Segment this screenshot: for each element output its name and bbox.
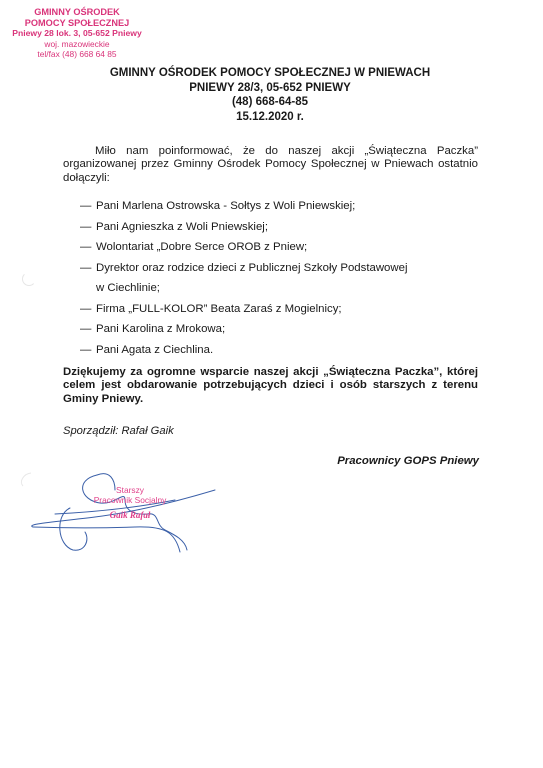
header-organization: GMINNY OŚRODEK POMOCY SPOŁECZNEJ W PNIEW…: [60, 66, 480, 81]
letter-header: GMINNY OŚRODEK POMOCY SPOŁECZNEJ W PNIEW…: [60, 66, 480, 124]
dash-bullet: —: [80, 196, 96, 217]
list-item: —Pani Marlena Ostrowska - Sołtys z Woli …: [80, 196, 407, 217]
header-phone: (48) 668-64-85: [60, 95, 480, 110]
intro-paragraph: Miło nam poinformować, że do naszej akcj…: [63, 145, 478, 185]
stamp-line-name-2: POMOCY SPOŁECZNEJ: [2, 18, 152, 29]
list-item: —Pani Karolina z Mrokowa;: [80, 319, 407, 340]
list-item: —Wolontariat „Dobre Serce OROB z Pniew;: [80, 237, 407, 258]
list-item: —Pani Agata z Ciechlina.: [80, 340, 407, 361]
list-item: —Pani Agnieszka z Woli Pniewskiej;: [80, 217, 407, 238]
stamp-line-region: woj. mazowieckie: [2, 39, 152, 50]
sig-stamp-role: Pracownik Socjalny: [75, 495, 185, 505]
list-item-continuation: w Ciechlinie;: [80, 278, 407, 299]
header-date: 15.12.2020 r.: [60, 110, 480, 125]
dash-bullet: —: [80, 258, 96, 279]
scan-artifact: [22, 272, 36, 286]
stamp-line-phone: tel/fax (48) 668 64 85: [2, 49, 152, 60]
signature-stamp: Starszy Pracownik Socjalny Gaik Rafał: [75, 485, 185, 520]
prepared-by: Sporządził: Rafał Gaik: [63, 425, 174, 437]
dash-bullet: —: [80, 299, 96, 320]
dash-bullet: —: [80, 340, 96, 361]
participants-list: —Pani Marlena Ostrowska - Sołtys z Woli …: [80, 196, 407, 360]
list-item: —Firma „FULL-KOLOR” Beata Zaraś z Mogiel…: [80, 299, 407, 320]
dash-bullet: —: [80, 217, 96, 238]
team-signature: Pracownicy GOPS Pniewy: [337, 455, 479, 467]
stamp-line-name: GMINNY OŚRODEK: [2, 7, 152, 18]
dash-bullet: —: [80, 319, 96, 340]
sig-stamp-title: Starszy: [75, 485, 185, 495]
sig-stamp-name: Gaik Rafał: [75, 510, 185, 520]
list-item: —Dyrektor oraz rodzice dzieci z Publiczn…: [80, 258, 407, 279]
stamp-line-address: Pniewy 28 lok. 3, 05-652 Pniewy: [2, 28, 152, 39]
handwritten-signature: Starszy Pracownik Socjalny Gaik Rafał: [15, 470, 235, 570]
dash-bullet: —: [80, 237, 96, 258]
thanks-paragraph: Dziękujemy za ogromne wsparcie naszej ak…: [63, 366, 478, 406]
header-address: PNIEWY 28/3, 05-652 PNIEWY: [60, 81, 480, 96]
intro-text: Miło nam poinformować, że do naszej akcj…: [63, 145, 478, 184]
institution-stamp: GMINNY OŚRODEK POMOCY SPOŁECZNEJ Pniewy …: [2, 7, 152, 60]
